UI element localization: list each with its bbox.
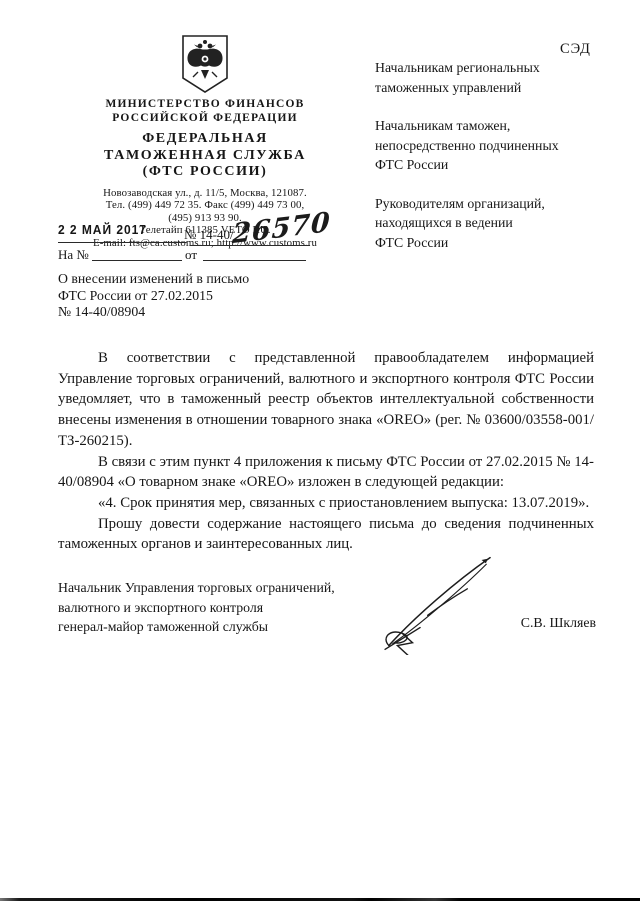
recipient-line: Руководителям организаций, — [375, 194, 605, 214]
reply-number-blank — [92, 243, 182, 261]
body-paragraph: В связи с этим пункт 4 приложения к пись… — [58, 452, 594, 493]
outgoing-number-label: № 14-40/ — [184, 227, 234, 243]
subject-line: № 14-40/08904 — [58, 304, 318, 321]
agency-name-line: ФЕДЕРАЛЬНАЯ — [52, 131, 358, 148]
reply-date-blank — [203, 243, 306, 261]
date-stamp: 2 2 МАЙ 2017 — [58, 223, 187, 243]
reply-date-label: от — [185, 247, 197, 263]
ministry-name-line: МИНИСТЕРСТВО ФИНАНСОВ — [52, 98, 358, 112]
signatory-name: С.В. Шкляев — [500, 615, 596, 631]
signatory-position-line: генерал-майор таможенной службы — [58, 617, 378, 637]
scan-artifact-line — [0, 898, 640, 902]
coat-of-arms-icon — [181, 34, 229, 94]
recipient-line: таможенных управлений — [375, 78, 605, 98]
recipient-line: Начальникам таможен, — [375, 116, 605, 136]
ministry-name-line: РОССИЙСКОЙ ФЕДЕРАЦИИ — [52, 112, 358, 126]
recipient-line: ФТС России — [375, 155, 605, 175]
subject-line: О внесении изменений в письмо — [58, 271, 318, 288]
signatory-position-line: валютного и экспортного контроля — [58, 598, 378, 618]
agency-name-line: (ФТС РОССИИ) — [52, 164, 358, 181]
subject-line: ФТС России от 27.02.2015 — [58, 288, 318, 305]
signatory-position-line: Начальник Управления торговых ограничени… — [58, 578, 378, 598]
signatory-position: Начальник Управления торговых ограничени… — [58, 578, 378, 637]
handwritten-signature-icon — [381, 551, 497, 655]
letter-subject: О внесении изменений в письмо ФТС России… — [58, 271, 318, 321]
scanned-letter-page: МИНИСТЕРСТВО ФИНАНСОВ РОССИЙСКОЙ ФЕДЕРАЦ… — [0, 0, 640, 905]
recipients-block: Начальникам региональных таможенных упра… — [375, 58, 605, 271]
recipient-line: непосредственно подчиненных — [375, 136, 605, 156]
letter-body: В соответствии с представленной правообл… — [58, 348, 594, 555]
recipient-group: Руководителям организаций, находящихся в… — [375, 194, 605, 253]
body-paragraph: «4. Срок принятия мер, связанных с приос… — [58, 493, 594, 514]
body-paragraph: Прошу довести содержание настоящего пись… — [58, 514, 594, 555]
recipient-line: ФТС России — [375, 233, 605, 253]
agency-name-line: ТАМОЖЕННАЯ СЛУЖБА — [52, 148, 358, 165]
sed-marker: СЭД — [560, 41, 591, 58]
recipient-group: Начальникам таможен, непосредственно под… — [375, 116, 605, 175]
address-line: Новозаводская ул., д. 11/5, Москва, 1210… — [52, 187, 358, 200]
recipient-line: находящихся в ведении — [375, 213, 605, 233]
body-paragraph: В соответствии с представленной правообл… — [58, 348, 594, 452]
recipient-line: Начальникам региональных — [375, 58, 605, 78]
recipient-group: Начальникам региональных таможенных упра… — [375, 58, 605, 97]
reply-number-label: На № — [58, 247, 89, 263]
